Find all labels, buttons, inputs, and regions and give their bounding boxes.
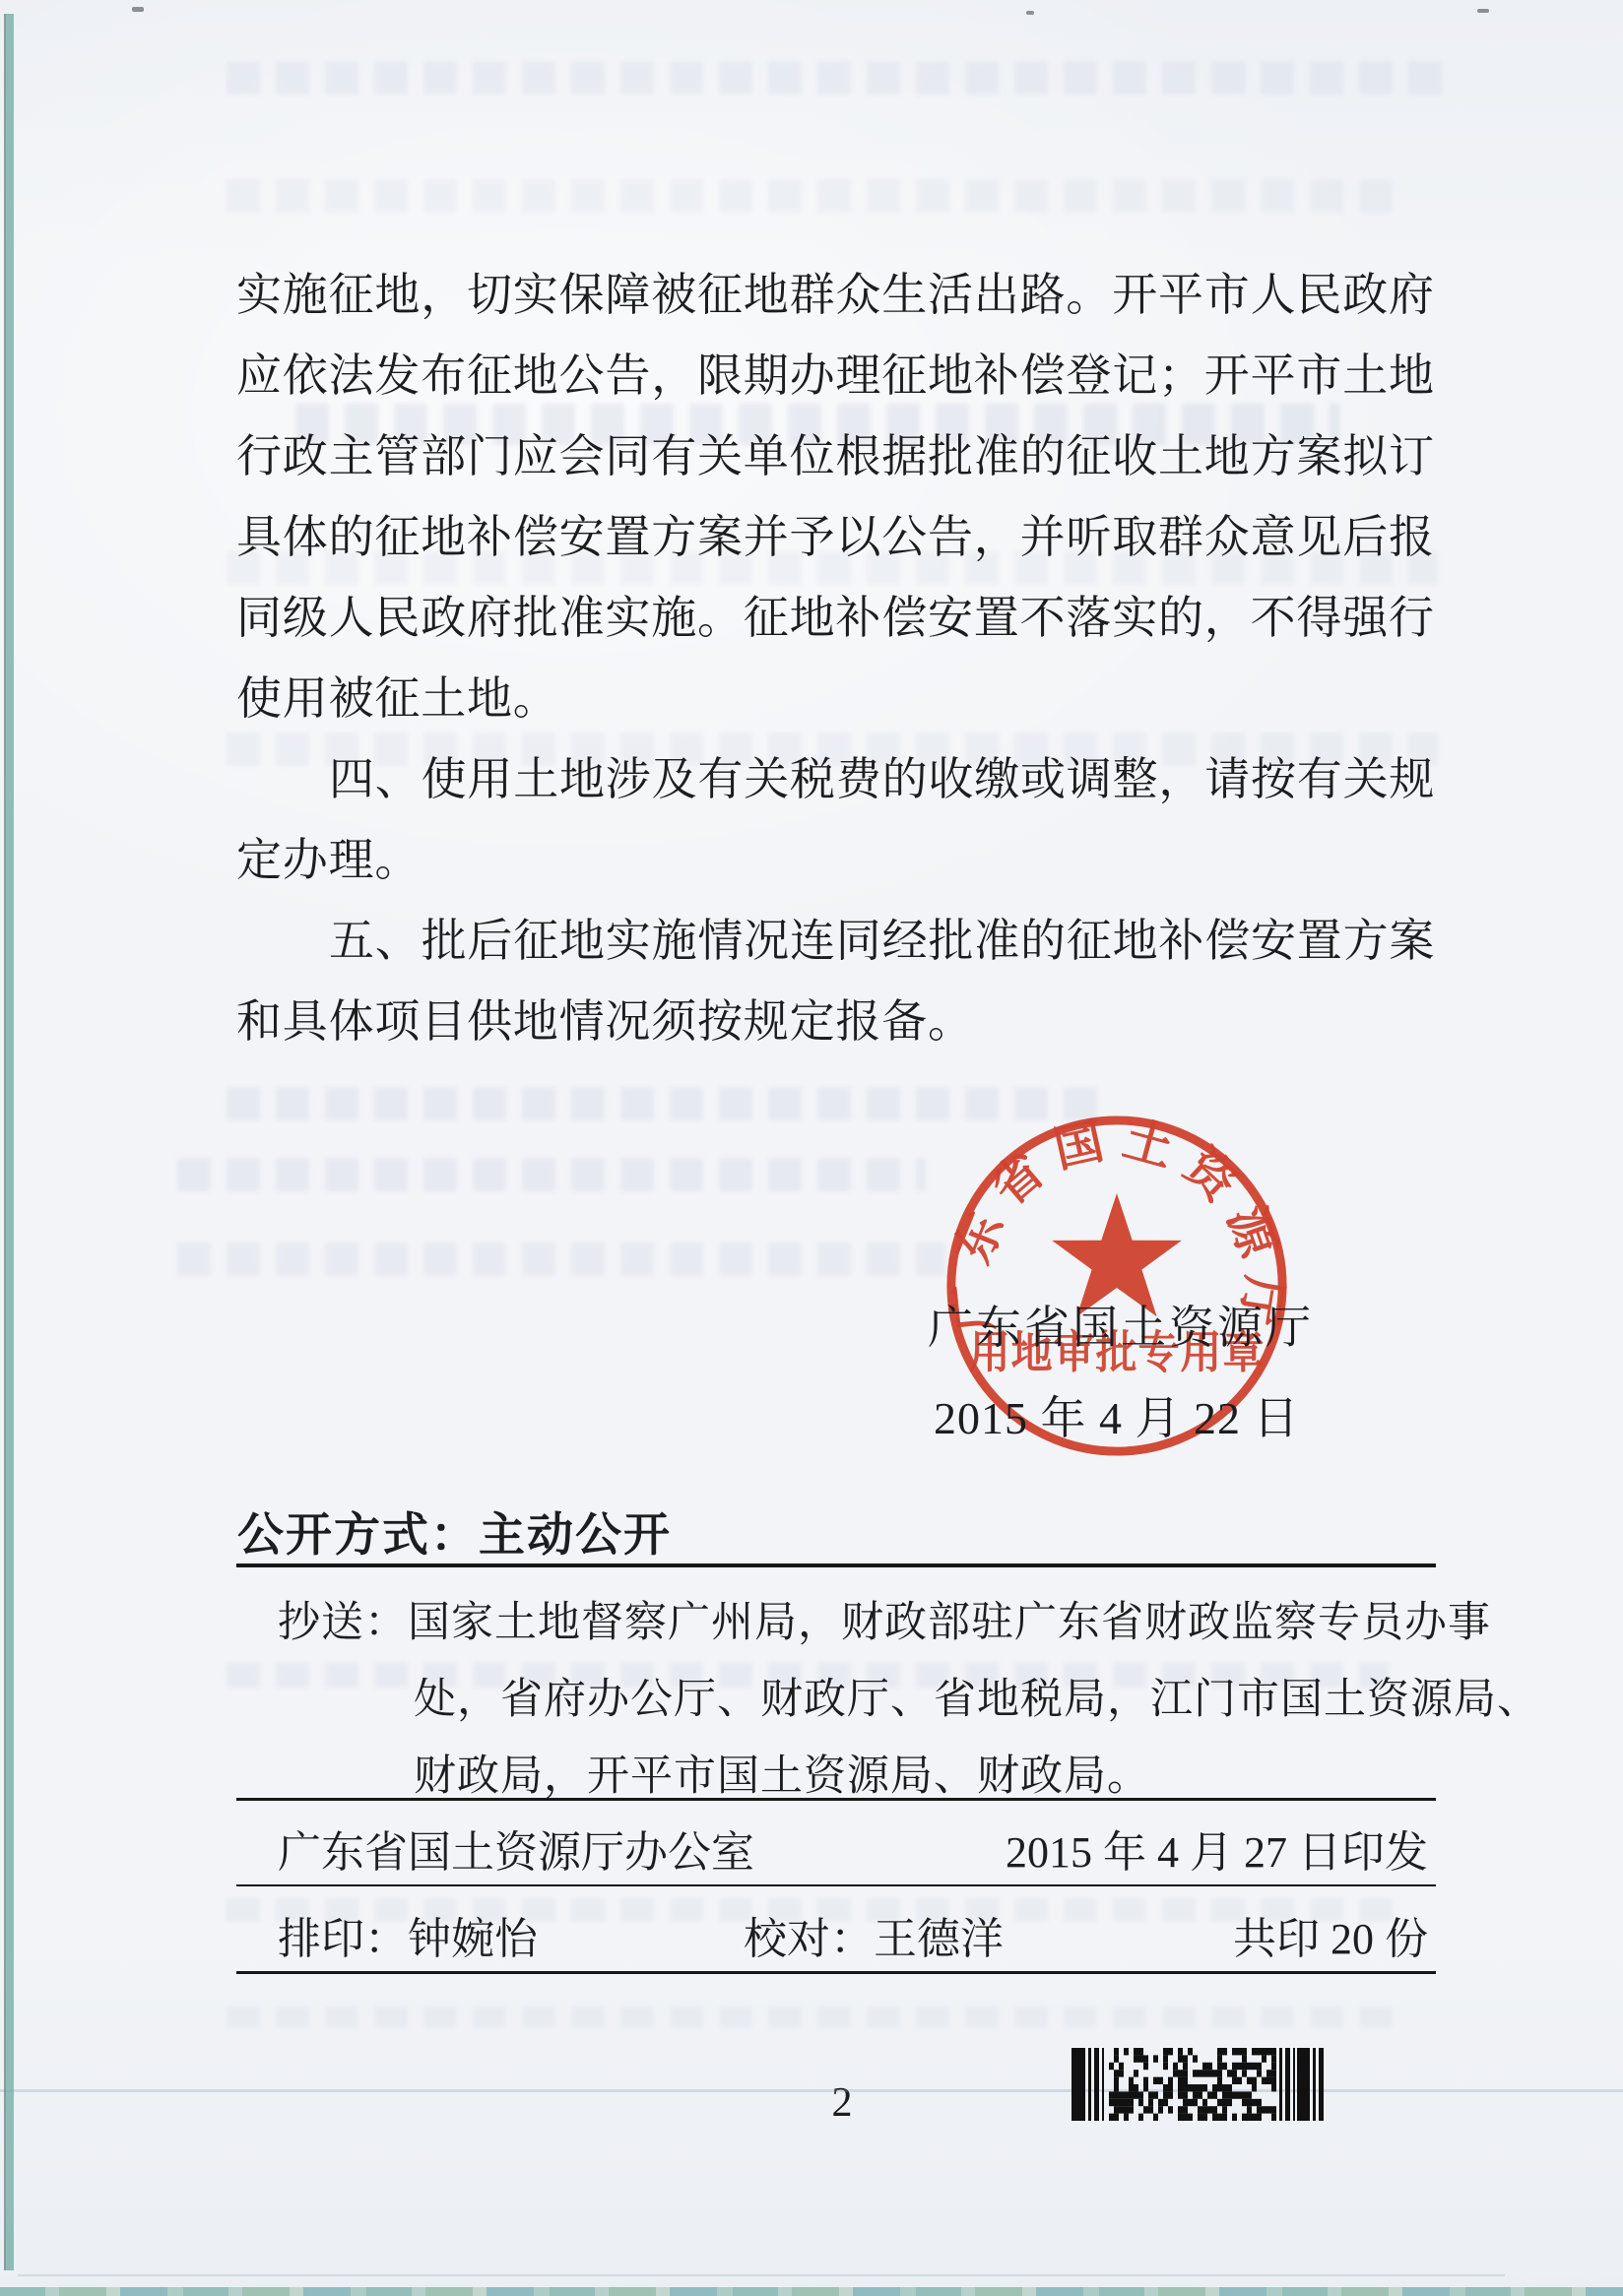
- scan-edge-artifact: [6, 14, 14, 2270]
- bleed-through-artifact: [227, 61, 1448, 95]
- copies-count: 共印 20 份: [1233, 1914, 1428, 1965]
- body-line: 五、批后征地实施情况连同经批准的征地补偿安置方案: [236, 901, 1570, 982]
- signature-organization: 广东省国土资源厅: [928, 1292, 1314, 1357]
- bleed-through-artifact: [227, 2007, 1408, 2028]
- body-line: 和具体项目供地情况须按规定报备。: [236, 982, 1477, 1062]
- issue-office-row: 广东省国土资源厅办公室 2015 年 4 月 27 日印发: [236, 1827, 1436, 1879]
- cc-line: 抄送：国家土地督察广州局，财政部驻广东省财政监察专员办事: [278, 1589, 1491, 1649]
- bleed-through-artifact: [227, 179, 1408, 213]
- divider: [236, 1563, 1436, 1567]
- body-line: 应依法发布征地公告，限期办理征地补偿登记；开平市土地: [236, 336, 1477, 416]
- divider: [236, 1971, 1436, 1974]
- issue-office: 广东省国土资源厅办公室: [278, 1827, 754, 1879]
- paper-edge: [18, 2274, 1505, 2276]
- body-line: 具体的征地补偿安置方案并予以公告，并听取群众意见后报: [236, 497, 1477, 578]
- body-line: 定办理。: [236, 820, 1477, 901]
- scan-speck: [132, 7, 144, 12]
- cc-line: 财政局，开平市国土资源局、财政局。: [414, 1743, 1150, 1803]
- scanned-document-page: 实施征地，切实保障被征地群众生活出路。开平市人民政府 应依法发布征地公告，限期办…: [0, 0, 1623, 2296]
- body-line: 使用被征土地。: [236, 659, 1477, 739]
- divider: [236, 1884, 1436, 1886]
- issue-date: 2015 年 4 月 27 日印发: [1006, 1827, 1428, 1879]
- typeset-by: 排印：钟婉怡: [278, 1914, 538, 1965]
- body-line: 实施征地，切实保障被征地群众生活出路。开平市人民政府: [236, 255, 1477, 336]
- page-number: 2: [808, 2079, 876, 2127]
- cc-line: 处，省府办公厅、财政厅、省地税局，江门市国土资源局、: [414, 1666, 1540, 1726]
- barcode-2d: [1071, 2048, 1328, 2121]
- disclosure-method: 公开方式：主动公开: [237, 1499, 672, 1564]
- signature-date: 2015 年 4 月 22 日: [934, 1382, 1300, 1447]
- scan-streak-artifact: [0, 2089, 1623, 2092]
- bleed-through-artifact: [177, 1243, 945, 1276]
- body-line: 四、使用土地涉及有关税费的收缴或调整，请按有关规: [236, 739, 1570, 820]
- proofread-by: 校对：王德洋: [744, 1914, 1004, 1965]
- body-line: 行政主管部门应会同有关单位根据批准的征收土地方案拟订: [236, 416, 1477, 497]
- body-line: 同级人民政府批准实施。征地补偿安置不落实的，不得强行: [236, 578, 1477, 659]
- scan-speck: [1026, 11, 1034, 15]
- scan-edge-artifact: [0, 2287, 1623, 2296]
- print-info-row: 排印：钟婉怡 校对：王德洋 共印 20 份: [236, 1914, 1436, 1965]
- divider: [236, 1798, 1436, 1801]
- scan-speck: [1477, 9, 1489, 13]
- bleed-through-artifact: [177, 1158, 926, 1191]
